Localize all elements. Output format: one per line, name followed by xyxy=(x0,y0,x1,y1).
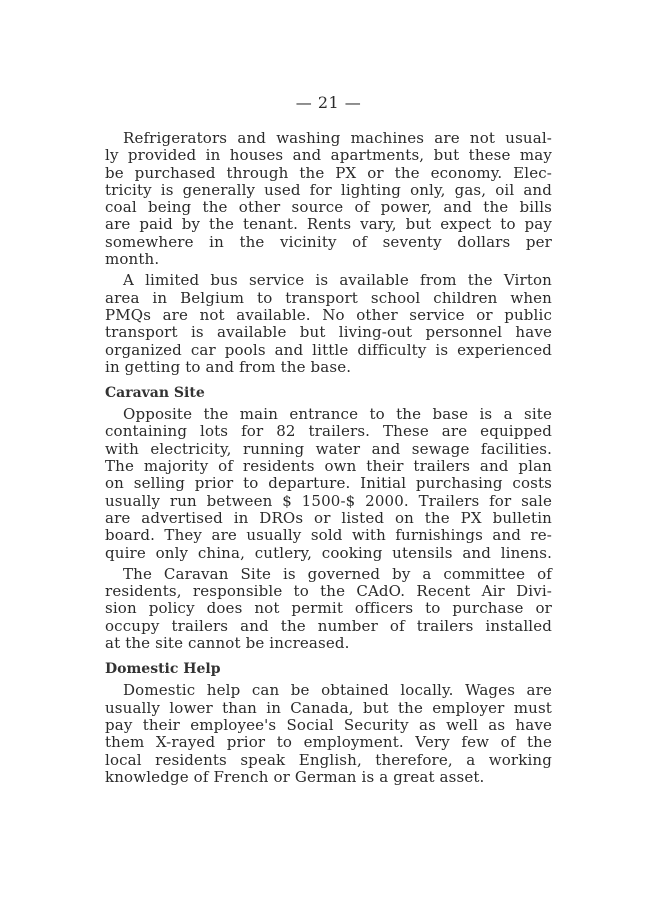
text-line: A limited bus service is available from … xyxy=(105,272,552,289)
text-line: be purchased through the PX or the econo… xyxy=(105,165,552,182)
text-line: are paid by the tenant. Rents vary, but … xyxy=(105,216,552,233)
text-line: tricity is generally used for lighting o… xyxy=(105,182,552,199)
text-line: area in Belgium to transport school chil… xyxy=(105,290,552,307)
text-line: somewhere in the vicinity of seventy dol… xyxy=(105,234,552,251)
text-line: quire only china, cutlery, cooking utens… xyxy=(105,545,552,562)
text-line: transport is available but living-out pe… xyxy=(105,324,552,341)
text-line: at the site cannot be increased. xyxy=(105,635,552,652)
text-line: occupy trailers and the number of traile… xyxy=(105,618,552,635)
text-line: usually lower than in Canada, but the em… xyxy=(105,700,552,717)
text-line: organized car pools and little difficult… xyxy=(105,342,552,359)
text-line: ly provided in houses and apartments, bu… xyxy=(105,147,552,164)
text-line: pay their employee's Social Security as … xyxy=(105,717,552,734)
text-line: Opposite the main entrance to the base i… xyxy=(105,406,552,423)
text-line: in getting to and from the base. xyxy=(105,359,552,376)
text-line: sion policy does not permit officers to … xyxy=(105,600,552,617)
text-line: Domestic help can be obtained locally. W… xyxy=(105,682,552,699)
text-line: with electricity, running water and sewa… xyxy=(105,441,552,458)
section-heading-domestic-help: Domestic Help xyxy=(105,660,552,678)
paragraph-appliances-utilities: Refrigerators and washing machines are n… xyxy=(105,130,552,268)
page-number: — 21 — xyxy=(105,93,552,113)
text-line: them X-rayed prior to employment. Very f… xyxy=(105,734,552,751)
text-line: local residents speak English, therefore… xyxy=(105,752,552,769)
text-line: Refrigerators and washing machines are n… xyxy=(105,130,552,147)
text-line: residents, responsible to the CAdO. Rece… xyxy=(105,583,552,600)
text-line: month. xyxy=(105,251,552,268)
text-line: knowledge of French or German is a great… xyxy=(105,769,552,786)
text-line: board. They are usually sold with furnis… xyxy=(105,527,552,544)
text-line: The majority of residents own their trai… xyxy=(105,458,552,475)
text-line: are advertised in DROs or listed on the … xyxy=(105,510,552,527)
text-line: usually run between $ 1500-$ 2000. Trail… xyxy=(105,493,552,510)
section-heading-caravan-site: Caravan Site xyxy=(105,384,552,402)
paragraph-domestic-help: Domestic help can be obtained locally. W… xyxy=(105,682,552,786)
text-line: coal being the other source of power, an… xyxy=(105,199,552,216)
text-line: containing lots for 82 trailers. These a… xyxy=(105,423,552,440)
paragraph-caravan-lots: Opposite the main entrance to the base i… xyxy=(105,406,552,562)
paragraph-caravan-governance: The Caravan Site is governed by a commit… xyxy=(105,566,552,652)
paragraph-transport: A limited bus service is available from … xyxy=(105,272,552,376)
page-content: Refrigerators and washing machines are n… xyxy=(105,130,552,790)
text-line: on selling prior to departure. Initial p… xyxy=(105,475,552,492)
text-line: PMQs are not available. No other service… xyxy=(105,307,552,324)
text-line: The Caravan Site is governed by a commit… xyxy=(105,566,552,583)
